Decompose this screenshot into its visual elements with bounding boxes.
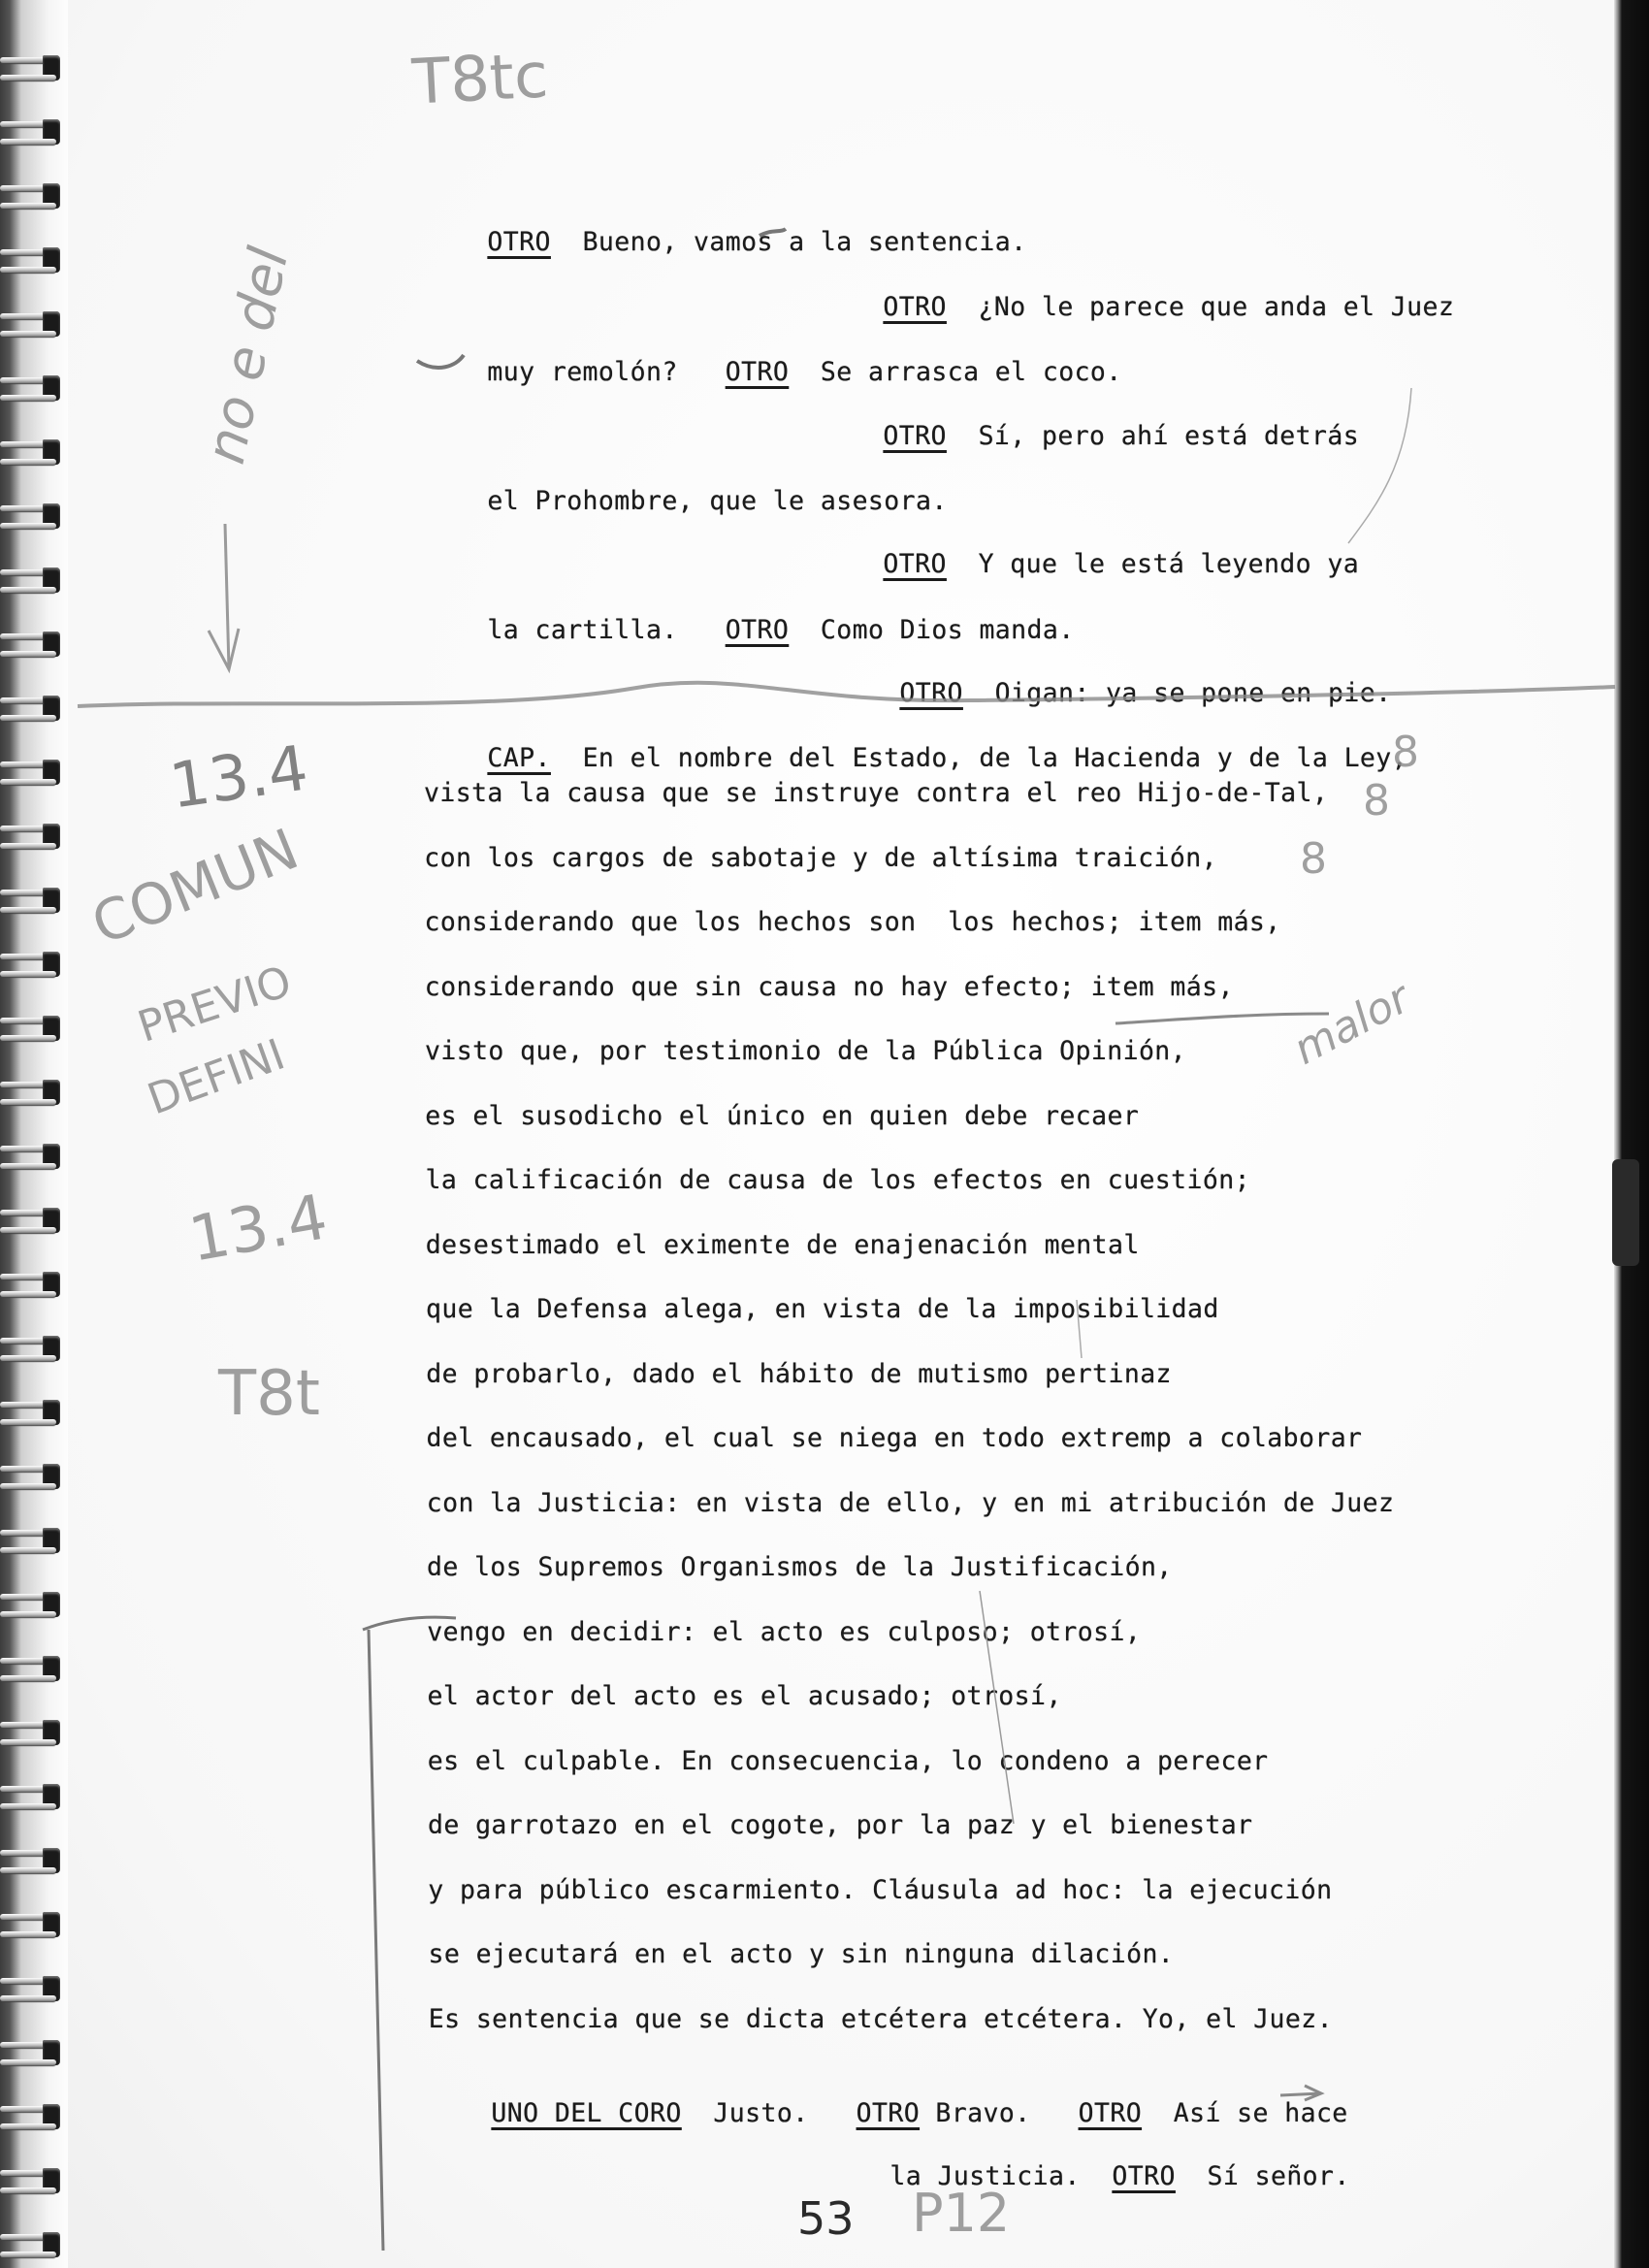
sentence-line: la calificación de causa de los efectos …	[426, 1165, 1250, 1195]
speaker-label: OTRO	[883, 421, 946, 451]
sentence-line: de garrotazo en el cogote, por la paz y …	[428, 1810, 1252, 1840]
binding-ring	[0, 373, 60, 405]
dialogue-text: Se arrasca el coco.	[821, 357, 1122, 387]
sentence-line: considerando que los hechos son los hech…	[425, 907, 1281, 937]
binding-ring	[0, 758, 60, 789]
annotation-right-word: malor	[1285, 973, 1417, 1075]
binding-ring	[0, 1142, 60, 1173]
dialogue-text: Oigan: ya se pone en pie.	[995, 678, 1392, 708]
chorus-line: la Justicia. OTRO Sí señor.	[826, 2131, 1350, 2221]
sentence-line: que la Defensa alega, en vista de la imp…	[426, 1294, 1219, 1324]
dialogue-text: Como Dios manda.	[821, 615, 1075, 645]
binding-ring	[0, 2102, 60, 2133]
dialogue-text: Y que le está leyendo ya	[979, 549, 1360, 579]
annotation-margin-word: COMUN	[82, 816, 307, 957]
dialogue-text: Sí, pero ahí está detrás	[979, 421, 1360, 451]
binding-ring	[0, 53, 60, 84]
sentence-line: se ejecutará en el acto y sin ninguna di…	[429, 1939, 1175, 1969]
dialogue-text: Así se hace	[1174, 2098, 1348, 2128]
spiral-binding	[0, 0, 68, 2268]
speaker-label: OTRO	[1079, 2098, 1142, 2128]
binding-ring	[0, 1910, 60, 1941]
binding-ring	[0, 822, 60, 853]
binding-ring	[0, 566, 60, 597]
binding-ring	[0, 694, 60, 725]
sentence-line: de probarlo, dado el hábito de mutismo p…	[426, 1359, 1172, 1389]
binding-ring	[0, 1590, 60, 1621]
speaker-label: OTRO	[883, 292, 946, 322]
sentence-line: Es sentencia que se dicta etcétera etcét…	[429, 2004, 1333, 2034]
manuscript-page: OTRO Bueno, vamos a la sentencia. OTRO ¿…	[0, 0, 1649, 2268]
binding-ring	[0, 630, 60, 661]
binding-ring	[0, 245, 60, 276]
page-edge-shadow	[1614, 0, 1649, 2268]
binding-ring	[0, 1206, 60, 1237]
sentence-line: considerando que sin causa no hay efecto…	[425, 972, 1234, 1002]
binding-ring	[0, 1014, 60, 1045]
dialogue-text: el Prohombre, que le asesora.	[487, 486, 947, 516]
binding-ring	[0, 437, 60, 469]
speaker-label: OTRO	[857, 2098, 920, 2128]
binding-ring	[0, 1718, 60, 1749]
sentence-line: con la Justicia: en vista de ello, y en …	[427, 1488, 1395, 1518]
binding-ring	[0, 1782, 60, 1813]
binding-ring	[0, 1846, 60, 1877]
annotation-margin-note: no e del	[194, 243, 301, 470]
annotation-top-code: T8tc	[410, 40, 550, 118]
binding-ring	[0, 886, 60, 917]
page-code: P12	[912, 2183, 1010, 2244]
binding-ring	[0, 1078, 60, 1109]
annotation-right-mark: 8	[1392, 728, 1419, 777]
dialogue-text: Sí señor.	[1208, 2161, 1350, 2191]
binding-ring	[0, 1974, 60, 2005]
binding-ring	[0, 950, 60, 981]
sentence-line: desestimado el eximente de enajenación m…	[426, 1230, 1140, 1260]
sentence-line: vista la causa que se instruye contra el…	[424, 778, 1328, 808]
binding-ring	[0, 2230, 60, 2261]
sentence-line: con los cargos de sabotaje y de altísima…	[424, 843, 1217, 873]
sentence-line: vengo en decidir: el acto es culposo; ot…	[427, 1617, 1141, 1647]
speaker-label: OTRO	[899, 678, 962, 708]
annotation-margin-number: 13.4	[166, 732, 312, 823]
sentence-line: visto que, por testimonio de la Pública …	[425, 1036, 1186, 1066]
speaker-label: OTRO	[1112, 2161, 1175, 2191]
speaker-label: OTRO	[487, 227, 550, 257]
dialogue-text: la cartilla.	[487, 615, 677, 645]
page-number: 53	[797, 2192, 855, 2245]
annotation-right-mark: 8	[1300, 834, 1327, 884]
binding-ring	[0, 181, 60, 212]
annotation-margin-number: 13.4	[184, 1182, 333, 1277]
dialogue-text: Justo.	[713, 2098, 808, 2128]
binding-ring	[0, 309, 60, 340]
binding-ring	[0, 2038, 60, 2069]
sentence-line: del encausado, el cual se niega en todo …	[427, 1423, 1363, 1453]
binding-ring	[0, 1270, 60, 1301]
binding-ring	[0, 502, 60, 533]
dialogue-text: muy remolón?	[487, 357, 677, 387]
sentence-line: es el culpable. En consecuencia, lo cond…	[428, 1746, 1269, 1776]
binding-ring	[0, 1334, 60, 1365]
sentence-line: de los Supremos Organismos de la Justifi…	[427, 1552, 1173, 1582]
binding-ring	[0, 1398, 60, 1429]
binding-ring	[0, 1654, 60, 1685]
binding-ring	[0, 1526, 60, 1557]
speaker-label: OTRO	[726, 357, 789, 387]
annotation-margin-code: T8t	[218, 1358, 320, 1430]
sentence-line: y para público escarmiento. Cláusula ad …	[428, 1875, 1332, 1905]
dialogue-text: En el nombre del Estado, de la Hacienda …	[583, 743, 1407, 773]
dialogue-text: ¿No le parece que anda el Juez	[979, 292, 1455, 322]
edge-tab	[1612, 1159, 1639, 1266]
binding-ring	[0, 2166, 60, 2197]
speaker-label: CAP.	[487, 743, 550, 773]
speaker-label: OTRO	[726, 615, 789, 645]
sentence-line: es el susodicho el único en quien debe r…	[425, 1101, 1139, 1131]
speaker-label: OTRO	[883, 549, 946, 579]
dialogue-text: Bueno, vamos a la sentencia.	[583, 227, 1027, 257]
annotation-right-mark: 8	[1363, 776, 1390, 826]
dialogue-text: Bravo.	[935, 2098, 1030, 2128]
binding-ring	[0, 117, 60, 148]
speaker-label: UNO DEL CORO	[491, 2098, 681, 2128]
binding-ring	[0, 1462, 60, 1493]
sentence-line: el actor del acto es el acusado; otrosí,	[428, 1681, 1062, 1711]
